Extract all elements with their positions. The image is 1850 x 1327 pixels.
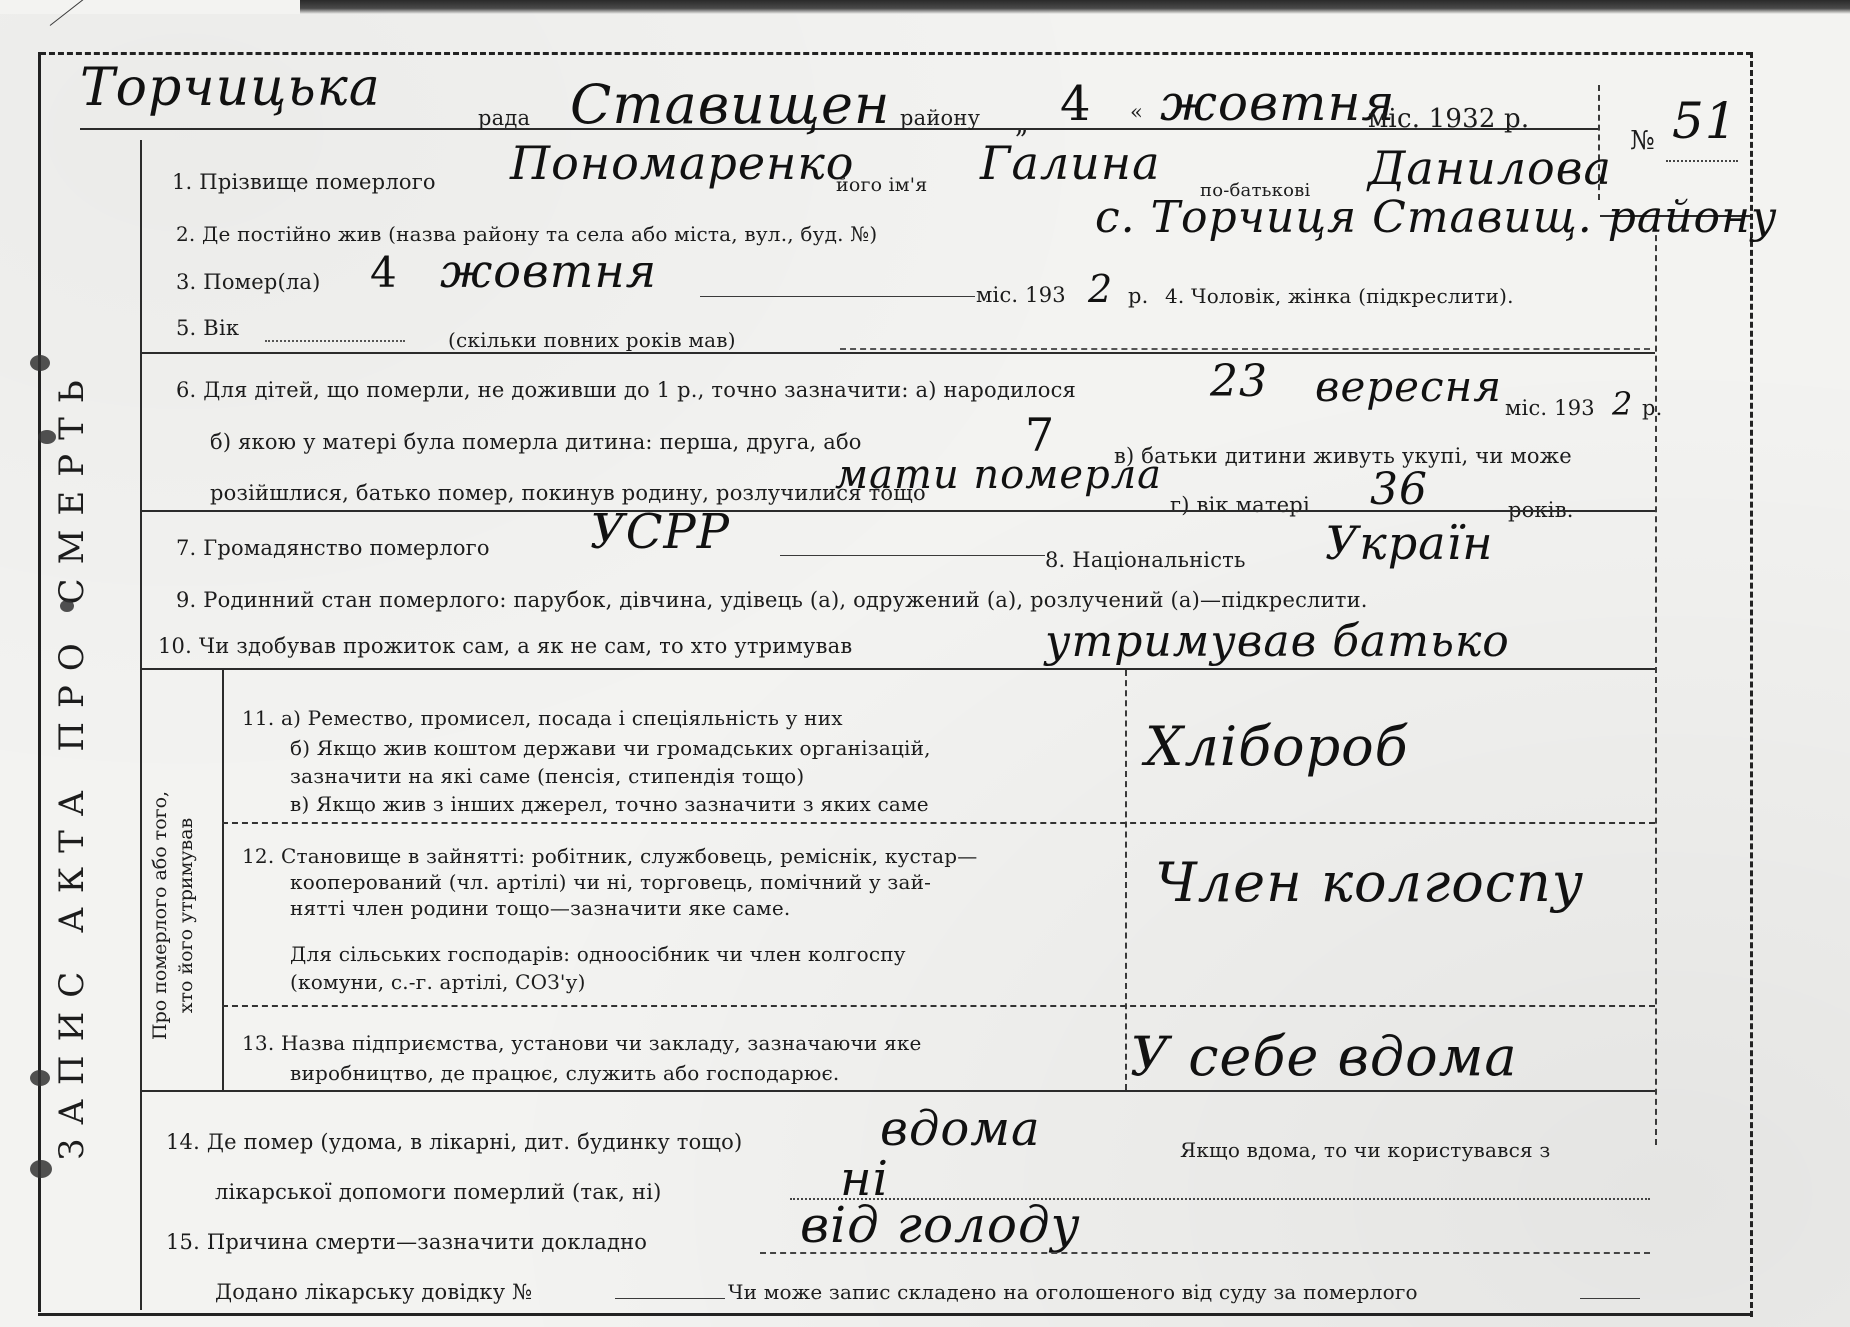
right-margin-rule: [1655, 215, 1657, 1145]
field-15-label: 15. Причина смерти—зазначити докладно: [166, 1232, 647, 1253]
frame-top: [40, 52, 1752, 55]
citizenship: УСРР: [590, 508, 730, 556]
header-year-label: міс. 1932 р.: [1368, 106, 1529, 132]
field-6b-label: б) якою у матері була померла дитина: пе…: [210, 432, 862, 453]
parents-status: мати померла: [835, 455, 1162, 495]
record-number: 51: [1672, 96, 1738, 146]
cause-of-death: від голоду: [800, 1200, 1081, 1250]
field-12-label: 12. Становище в зайнятті: робітник, служ…: [242, 846, 977, 866]
field-10-label: 10. Чи здобував прожиток сам, а як не са…: [158, 636, 852, 657]
field-3-label: 3. Помер(ла): [176, 272, 321, 293]
field-13-label: 13. Назва підприємства, установи чи закл…: [242, 1033, 922, 1053]
court-label: Чи може запис складено на оголошеного ві…: [728, 1282, 1418, 1302]
field-2-label: 2. Де постійно жив (назва району та села…: [176, 224, 877, 244]
raion-label: району: [900, 108, 980, 129]
field-9-label: 9. Родинний стан померлого: парубок, дів…: [176, 590, 1368, 611]
field-5-label: 5. Вік: [176, 318, 239, 339]
field-3-month: жовтня: [440, 248, 657, 294]
side-title: ЗАПИС АКТА ПРО СМЕРТЬ: [52, 366, 92, 1160]
frame-bottom: [38, 1313, 1752, 1316]
rada-label: рада: [478, 108, 530, 129]
age-input: [265, 322, 405, 342]
inner-left-rule: [140, 140, 142, 1310]
binding-hole: [30, 355, 50, 371]
field-1-label: 1. Прізвище померлого: [172, 172, 436, 193]
binding-hole: [30, 1070, 50, 1086]
header-month: жовтня: [1160, 78, 1396, 128]
binding-hole: [60, 600, 74, 612]
field-1-patronymic: Данилова: [1368, 145, 1612, 191]
sex-label: 4. Чоловік, жінка (підкреслити).: [1165, 286, 1514, 306]
binding-hole: [30, 1160, 52, 1178]
field-6v-label: розійшлися, батько помер, покинув родину…: [210, 483, 926, 504]
binding-hole: [38, 430, 56, 444]
certificate-label: Додано лікарську довідку №: [215, 1282, 532, 1303]
rada-value: Торчицька: [80, 62, 381, 114]
employment-status: Член колгоспу: [1155, 856, 1584, 910]
header-day: 4: [1060, 80, 1092, 128]
death-place: вдома: [880, 1105, 1041, 1153]
side-subtitle: Про померлого або того, хто його утримув…: [148, 791, 199, 1040]
field-1-name: Галина: [980, 140, 1161, 186]
field-1-surname: Пономаренко: [510, 140, 855, 186]
number-label: №: [1630, 128, 1655, 154]
raion-value: Ставищен: [570, 78, 891, 132]
field-7-label: 7. Громадянство померлого: [176, 538, 490, 559]
field-6a-label: 6. Для дітей, що померли, не доживши до …: [176, 380, 1076, 401]
mother-age: 36: [1370, 468, 1428, 512]
occupation: Хлібороб: [1145, 720, 1409, 774]
document-page: Торчицька рада Ставищен району „ 4 « жов…: [0, 0, 1850, 1327]
field-11a-label: 11. а) Ремество, промисел, посада і спец…: [242, 708, 843, 728]
workplace: У себе вдома: [1130, 1030, 1518, 1084]
field-14-label: 14. Де помер (удома, в лікарні, дит. буд…: [166, 1132, 742, 1153]
frame-left: [38, 52, 41, 1312]
nationality: Україн: [1325, 520, 1494, 566]
field-2-value: с. Торчиця Ставищ. району: [1095, 196, 1777, 240]
birth-month: вересня: [1315, 366, 1502, 408]
supporter: утримував батько: [1045, 620, 1510, 664]
